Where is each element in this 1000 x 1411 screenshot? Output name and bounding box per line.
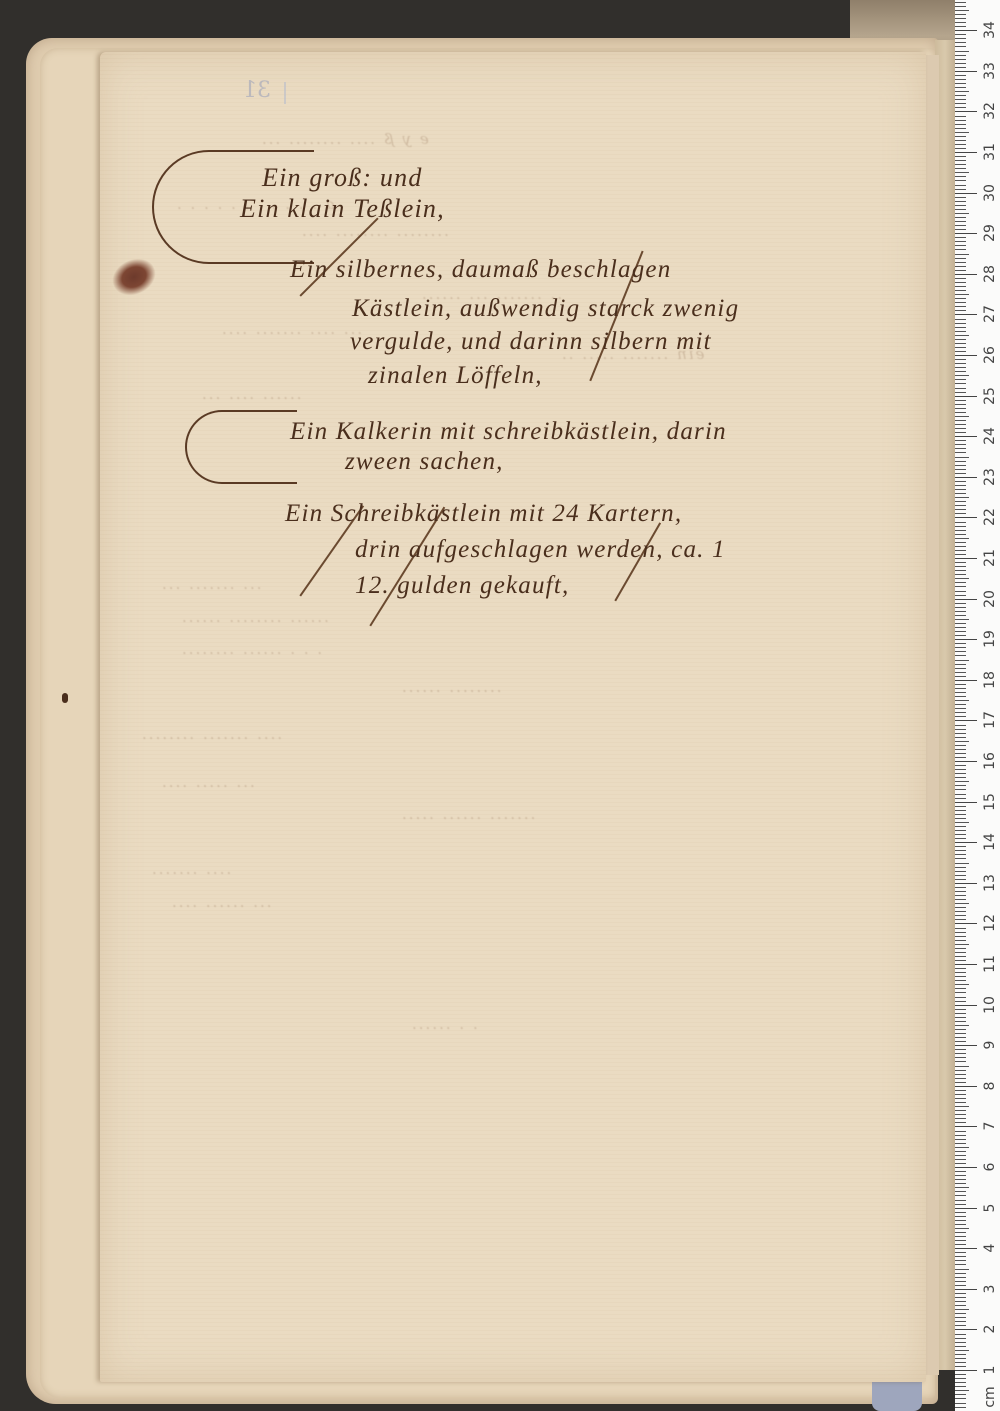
ruler-tick xyxy=(955,1325,966,1326)
ruler-tick xyxy=(955,1009,966,1010)
ruler-tick xyxy=(955,1228,969,1229)
ruler-tick xyxy=(955,160,966,161)
ruler-tick xyxy=(955,1155,966,1156)
ruler-tick xyxy=(955,148,966,149)
ruler-tick xyxy=(955,38,966,39)
ruler-tick xyxy=(955,655,966,656)
ruler-label: 3 xyxy=(979,1278,1000,1300)
ruler-tick xyxy=(955,619,969,620)
ruler-tick xyxy=(955,712,966,713)
ruler-tick xyxy=(955,103,966,104)
ruler-tick xyxy=(955,217,966,218)
ruler-tick xyxy=(955,668,966,669)
ruler-tick xyxy=(955,513,966,514)
ruler-tick xyxy=(955,907,966,908)
ruler-tick xyxy=(955,757,966,758)
bleed-line: .... ....... ........ xyxy=(140,725,282,743)
ruler-tick xyxy=(955,1394,966,1395)
ruler-tick xyxy=(955,1305,966,1306)
ruler-tick xyxy=(955,1041,966,1042)
ruler-tick xyxy=(955,858,966,859)
ruler-tick xyxy=(955,883,977,884)
ruler-label: 31 xyxy=(979,141,1000,163)
ruler-tick xyxy=(955,302,966,303)
ruler-tick xyxy=(955,1248,977,1249)
ruler-label: 23 xyxy=(979,466,1000,488)
ruler-tick xyxy=(955,895,966,896)
ruler-tick xyxy=(955,1338,966,1339)
ruler-tick xyxy=(955,152,977,153)
ruler-tick xyxy=(955,319,966,320)
ruler-tick xyxy=(955,363,966,364)
ruler-tick xyxy=(955,919,966,920)
ruler-label: 34 xyxy=(979,19,1000,41)
ruler-tick xyxy=(955,1033,966,1034)
ruler-tick xyxy=(955,1350,969,1351)
ruler-tick xyxy=(955,1171,966,1172)
ruler-tick xyxy=(955,822,969,823)
ruler-tick xyxy=(955,952,966,953)
ruler-tick xyxy=(955,343,966,344)
ruler-tick xyxy=(955,696,966,697)
ruler-tick xyxy=(955,1053,966,1054)
ruler-label: 33 xyxy=(979,60,1000,82)
bleed-line: ........ ........ .... xyxy=(300,222,449,240)
entry-4-line-2: drin aufgeschlagen werden, ca. 1 xyxy=(355,536,726,564)
ruler-tick xyxy=(955,1309,969,1310)
ruler-tick xyxy=(955,26,966,27)
ruler-tick xyxy=(955,1122,966,1123)
ruler-tick xyxy=(955,501,966,502)
ruler-label: 6 xyxy=(979,1156,1000,1178)
ruler-tick xyxy=(955,586,966,587)
ruler-tick xyxy=(955,1163,966,1164)
bleed-line: ... ....... ... xyxy=(160,575,262,593)
ruler-tick xyxy=(955,716,966,717)
ruler-tick xyxy=(955,976,966,977)
ruler-tick xyxy=(955,1086,977,1087)
ruler-tick xyxy=(955,944,969,945)
ruler-tick xyxy=(955,473,966,474)
bleed-line: ...... ........ ...... xyxy=(180,608,329,626)
ruler-tick xyxy=(955,481,966,482)
ruler-tick xyxy=(955,1285,966,1286)
ruler-tick xyxy=(955,846,966,847)
measurement-ruler: cm 1234567891011121314151617181920212223… xyxy=(955,0,1000,1411)
ruler-tick xyxy=(955,1074,966,1075)
ruler-tick xyxy=(955,932,966,933)
ruler-tick xyxy=(955,1273,966,1274)
ruler-label: 27 xyxy=(979,303,1000,325)
ruler-tick xyxy=(955,497,969,498)
ruler-tick xyxy=(955,1236,966,1237)
entry-1-line-2: Ein klain Teßlein, xyxy=(240,194,445,224)
ruler-tick xyxy=(955,1143,966,1144)
ruler-label: 17 xyxy=(979,709,1000,731)
ruler-tick xyxy=(955,887,966,888)
ruler-tick xyxy=(955,416,969,417)
ruler-tick xyxy=(955,197,966,198)
ruler-tick xyxy=(955,753,966,754)
ruler-tick xyxy=(955,773,966,774)
ruler-tick xyxy=(955,826,966,827)
ruler-tick xyxy=(955,729,966,730)
ruler-tick xyxy=(955,692,966,693)
ruler-tick xyxy=(955,871,966,872)
ruler-tick xyxy=(955,664,966,665)
ruler-tick xyxy=(955,448,966,449)
ruler-tick xyxy=(955,708,966,709)
ruler-tick xyxy=(955,298,966,299)
ruler-tick xyxy=(955,1029,966,1030)
ruler-tick xyxy=(955,465,966,466)
ruler-tick xyxy=(955,1403,966,1404)
ruler-tick xyxy=(955,928,966,929)
ruler-label: 28 xyxy=(979,263,1000,285)
ruler-tick xyxy=(955,676,966,677)
ruler-tick xyxy=(955,375,969,376)
ruler-tick xyxy=(955,1216,966,1217)
ruler-tick xyxy=(955,1195,966,1196)
ruler-tick xyxy=(955,810,966,811)
ruler-tick xyxy=(955,1212,966,1213)
ruler-tick xyxy=(955,725,966,726)
ruler-tick xyxy=(955,672,966,673)
ruler-tick xyxy=(955,189,966,190)
entry-2-line-4: zinalen Löffeln, xyxy=(368,362,543,390)
ruler-tick xyxy=(955,489,966,490)
ruler-tick xyxy=(955,814,966,815)
ruler-tick xyxy=(955,1374,966,1375)
ruler-tick xyxy=(955,1240,966,1241)
bleed-line: .... ....... xyxy=(150,860,231,878)
ruler-tick xyxy=(955,107,966,108)
ruler-tick xyxy=(955,310,966,311)
ruler-tick xyxy=(955,830,966,831)
ruler-tick xyxy=(955,1114,966,1115)
ruler-tick xyxy=(955,404,966,405)
ruler-tick xyxy=(955,156,966,157)
ruler-tick xyxy=(955,737,966,738)
entry-2-line-1: Ein silbernes, daumaß beschlagen xyxy=(290,256,671,284)
ruler-tick xyxy=(955,627,966,628)
ruler-tick xyxy=(955,63,966,64)
ruler-tick xyxy=(955,1066,969,1067)
ruler-tick xyxy=(955,1021,966,1022)
ruler-tick xyxy=(955,607,966,608)
ruler-tick xyxy=(955,42,966,43)
ruler-tick xyxy=(955,798,966,799)
ruler-tick xyxy=(955,1094,966,1095)
ruler-tick xyxy=(955,879,966,880)
ruler-tick xyxy=(955,457,969,458)
ruler-tick xyxy=(955,1382,966,1383)
ruler-tick xyxy=(955,452,966,453)
ruler-tick xyxy=(955,1293,966,1294)
ruler-tick xyxy=(955,111,977,112)
ruler-tick xyxy=(955,444,966,445)
ruler-tick xyxy=(955,1001,966,1002)
ruler-tick xyxy=(955,128,966,129)
ruler-tick xyxy=(955,802,977,803)
ruler-tick xyxy=(955,245,966,246)
ruler-tick xyxy=(955,383,966,384)
ruler-tick xyxy=(955,87,966,88)
ruler-tick xyxy=(955,477,977,478)
ruler-tick xyxy=(955,854,966,855)
ruler-tick xyxy=(955,1126,977,1127)
bleed-line: e y ß .... ........ ... xyxy=(260,130,429,148)
ruler-tick xyxy=(955,254,969,255)
ruler-tick xyxy=(955,1191,966,1192)
ruler-tick xyxy=(955,680,977,681)
ruler-tick xyxy=(955,761,977,762)
ruler-tick xyxy=(955,615,966,616)
ruler-tick xyxy=(955,229,966,230)
ruler-tick xyxy=(955,274,977,275)
ruler-tick xyxy=(955,278,966,279)
ruler-tick xyxy=(955,168,966,169)
ruler-tick xyxy=(955,290,966,291)
ruler-tick xyxy=(955,270,966,271)
ruler-tick xyxy=(955,258,966,259)
ruler-tick xyxy=(955,745,966,746)
ruler-tick xyxy=(955,55,966,56)
ruler-tick xyxy=(955,988,966,989)
entry-4-line-3: 12. gulden gekauft, xyxy=(355,572,569,600)
ruler-tick xyxy=(955,136,966,137)
ruler-tick xyxy=(955,347,966,348)
ruler-tick xyxy=(955,972,966,973)
ruler-tick xyxy=(955,193,977,194)
ruler-tick xyxy=(955,1151,966,1152)
ruler-tick xyxy=(955,867,966,868)
ruler-tick xyxy=(955,335,969,336)
ruler-tick xyxy=(955,1354,966,1355)
ruler-tick xyxy=(955,704,966,705)
ruler-tick xyxy=(955,351,966,352)
ruler-tick xyxy=(955,367,966,368)
ruler-tick xyxy=(955,323,966,324)
ruler-tick xyxy=(955,1297,966,1298)
ruler-tick xyxy=(955,1045,977,1046)
ruler-tick xyxy=(955,201,966,202)
ruler-tick xyxy=(955,875,966,876)
ruler-tick xyxy=(955,1289,977,1290)
ruler-tick xyxy=(955,116,966,117)
ruler-tick xyxy=(955,984,969,985)
ruler-tick xyxy=(955,765,966,766)
ruler-label: 21 xyxy=(979,547,1000,569)
ruler-tick xyxy=(955,992,966,993)
ruler-tick xyxy=(955,436,977,437)
ruler-tick xyxy=(955,940,966,941)
ruler-tick xyxy=(955,408,966,409)
ruler-tick xyxy=(955,164,966,165)
ruler-tick xyxy=(955,1390,969,1391)
ruler-tick xyxy=(955,997,966,998)
ruler-tick xyxy=(955,400,966,401)
ruler-label: 13 xyxy=(979,872,1000,894)
entry-2-line-3: vergulde, und darinn silbern mit xyxy=(350,328,712,356)
ruler-tick xyxy=(955,185,966,186)
ruler-tick xyxy=(955,781,969,782)
ruler-tick xyxy=(955,95,966,96)
ruler-tick xyxy=(955,526,966,527)
ruler-unit-label: cm xyxy=(979,1386,1000,1408)
ruler-label: 12 xyxy=(979,912,1000,934)
ruler-tick xyxy=(955,1110,966,1111)
ruler-label: 29 xyxy=(979,222,1000,244)
ruler-tick xyxy=(955,964,977,965)
ruler-tick xyxy=(955,643,966,644)
ruler-tick xyxy=(955,1037,966,1038)
ruler-label: 24 xyxy=(979,425,1000,447)
ruler-tick xyxy=(955,1281,966,1282)
ruler-tick xyxy=(955,172,969,173)
ruler-tick xyxy=(955,180,966,181)
ruler-tick xyxy=(955,582,966,583)
ruler-tick xyxy=(955,1090,966,1091)
ruler-tick xyxy=(955,1061,966,1062)
ruler-tick xyxy=(955,956,966,957)
ruler-tick xyxy=(955,733,966,734)
ruler-tick xyxy=(955,124,966,125)
ruler-tick xyxy=(955,595,966,596)
ruler-tick xyxy=(955,359,966,360)
ruler-label: 30 xyxy=(979,182,1000,204)
ruler-tick xyxy=(955,1183,966,1184)
ruler-tick xyxy=(955,578,969,579)
ruler-label: 5 xyxy=(979,1197,1000,1219)
ruler-tick xyxy=(955,30,977,31)
ruler-tick xyxy=(955,420,966,421)
ruler-label: 15 xyxy=(979,791,1000,813)
ruler-tick xyxy=(955,842,977,843)
ruler-tick xyxy=(955,1256,966,1257)
ruler-tick xyxy=(955,700,969,701)
ruler-tick xyxy=(955,785,966,786)
bleed-line: . . ...... xyxy=(410,1015,478,1033)
ruler-tick xyxy=(955,566,966,567)
ruler-label: 1 xyxy=(979,1359,1000,1381)
ruler-tick xyxy=(955,899,966,900)
ruler-tick xyxy=(955,18,966,19)
ruler-tick xyxy=(955,1260,966,1261)
ruler-label: 4 xyxy=(979,1237,1000,1259)
ruler-tick xyxy=(955,249,966,250)
ruler-tick xyxy=(955,1013,966,1014)
ruler-tick xyxy=(955,1378,966,1379)
ruler-tick xyxy=(955,936,966,937)
ruler-tick xyxy=(955,225,966,226)
ruler-tick xyxy=(955,1398,966,1399)
ruler-tick xyxy=(955,684,966,685)
ruler-tick xyxy=(955,599,977,600)
ruler-tick xyxy=(955,51,969,52)
ruler-tick xyxy=(955,461,966,462)
ruler-tick xyxy=(955,806,966,807)
ruler-tick xyxy=(955,611,966,612)
ruler-label: 9 xyxy=(979,1034,1000,1056)
ruler-tick xyxy=(955,71,977,72)
ruler-tick xyxy=(955,355,977,356)
ruler-tick xyxy=(955,1317,966,1318)
ruler-tick xyxy=(955,205,966,206)
entry-3-line-2: zween sachen, xyxy=(345,448,504,476)
ruler-tick xyxy=(955,1329,977,1330)
ruler-tick xyxy=(955,262,966,263)
bleed-line: ... ..... .... xyxy=(160,773,255,791)
ruler-tick xyxy=(955,1025,969,1026)
ruler-tick xyxy=(955,2,966,3)
ruler-tick xyxy=(955,1049,966,1050)
ruler-tick xyxy=(955,522,966,523)
ruler-tick xyxy=(955,863,969,864)
ruler-tick xyxy=(955,1232,966,1233)
ruler-tick xyxy=(955,660,969,661)
ruler-tick xyxy=(955,1098,966,1099)
ruler-tick xyxy=(955,960,966,961)
ruler-tick xyxy=(955,428,966,429)
ruler-tick xyxy=(955,1342,966,1343)
bleed-line: ...... .... ... xyxy=(200,385,302,403)
ruler-tick xyxy=(955,1313,966,1314)
ruler-tick xyxy=(955,850,966,851)
ruler-tick xyxy=(955,777,966,778)
ruler-tick xyxy=(955,631,966,632)
ruler-label: 32 xyxy=(979,100,1000,122)
ruler-tick xyxy=(955,720,977,721)
ruler-tick xyxy=(955,505,966,506)
ruler-tick xyxy=(955,75,966,76)
entry-3-line-1: Ein Kalkerin mit schreibkästlein, darin xyxy=(290,418,727,446)
ruler-tick xyxy=(955,923,977,924)
bleed-line: ....... ...... ..... xyxy=(400,805,535,823)
ruler-tick xyxy=(955,424,966,425)
ruler-tick xyxy=(955,574,966,575)
ruler-tick xyxy=(955,379,966,380)
ruler-tick xyxy=(955,1407,966,1408)
ruler-label: 14 xyxy=(979,831,1000,853)
ruler-tick xyxy=(955,558,977,559)
ruler-tick xyxy=(955,546,966,547)
ruler-tick xyxy=(955,603,966,604)
ruler-tick xyxy=(955,59,966,60)
ruler-tick xyxy=(955,1370,977,1371)
ruler-tick xyxy=(955,306,966,307)
entry-4-line-1: Ein Schreibkästlein mit 24 Kartern, xyxy=(285,500,682,528)
ruler-tick xyxy=(955,440,966,441)
ruler-tick xyxy=(955,388,966,389)
ruler-tick xyxy=(955,469,966,470)
ruler-tick xyxy=(955,79,966,80)
ruler-tick xyxy=(955,339,966,340)
ruler-tick xyxy=(955,1187,969,1188)
ruler-tick xyxy=(955,635,966,636)
ruler-tick xyxy=(955,91,969,92)
ruler-tick xyxy=(955,647,966,648)
ruler-tick xyxy=(955,294,969,295)
ruler-tick xyxy=(955,221,966,222)
ruler-tick xyxy=(955,1358,966,1359)
ruler-tick xyxy=(955,688,966,689)
ruler-tick xyxy=(955,542,966,543)
ruler-tick xyxy=(955,46,966,47)
ruler-tick xyxy=(955,331,966,332)
ruler-tick xyxy=(955,903,969,904)
ruler-tick xyxy=(955,639,977,640)
